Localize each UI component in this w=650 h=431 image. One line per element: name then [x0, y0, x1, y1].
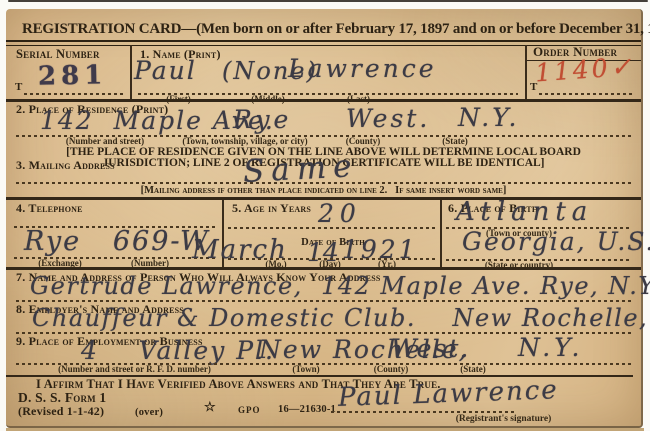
star-icon: ☆ — [204, 400, 216, 414]
number-sub-label: (Number) — [114, 259, 186, 269]
signature-sub-label: (Registrant's signature) — [436, 414, 571, 424]
residence-town-value: Rye — [233, 107, 292, 132]
telephone-label: 4. Telephone — [16, 202, 83, 215]
age-write-line — [228, 227, 436, 229]
mailing-note: [Mailing address if other than place ind… — [6, 185, 641, 197]
mailing-address-label: 3. Mailing Address — [16, 159, 115, 172]
employment-state-sub-label: (State) — [443, 365, 503, 375]
over-note: (over) — [135, 407, 163, 419]
exchange-sub-label: (Exchange) — [24, 259, 96, 269]
age-value: 20 — [318, 201, 362, 226]
employment-state-value: N.Y. — [518, 335, 583, 360]
telephone-value: Rye 669-W — [24, 228, 210, 255]
birth-state-sub-label: (State or country) — [458, 261, 580, 271]
column-divider — [440, 200, 442, 267]
serial-prefix: T — [15, 81, 22, 93]
signature-write-line — [331, 411, 516, 413]
form-revision: (Revised 1-1-42) — [18, 405, 104, 418]
contact-person-value: Gertrude Lawrence, 142 Maple Ave. Rye, N… — [30, 274, 650, 298]
employment-street-value: 4 Valley Pl. — [81, 338, 275, 363]
card-title: REGISTRATION CARD—(Men born on or after … — [22, 21, 650, 38]
scan-edge-top — [8, 0, 648, 2]
employer-value: Chauffeur & Domestic Club. New Rochelle,… — [32, 306, 650, 330]
registration-card-document: REGISTRATION CARD—(Men born on or after … — [6, 9, 643, 428]
last-name-value: Lawrence — [288, 56, 437, 81]
first-name-value: Paul — [134, 58, 197, 83]
employment-county-value: West. — [391, 336, 470, 361]
employment-county-sub-label: (County) — [356, 365, 426, 375]
mailing-write-line — [16, 182, 632, 184]
registrant-signature: Paul Lawrence — [338, 377, 559, 411]
column-divider — [525, 45, 527, 99]
age-label: 5. Age in Years — [232, 202, 311, 215]
birth-town-value: Atlanta — [456, 199, 593, 225]
residence-state-value: N.Y. — [458, 105, 519, 130]
serial-write-line — [24, 93, 124, 95]
order-number-value: 1140✓ — [534, 54, 635, 86]
serial-number-label: Serial Number — [16, 48, 100, 62]
order-write-line — [539, 93, 634, 95]
column-divider — [130, 45, 132, 99]
serial-number-value: 281 — [38, 60, 108, 91]
month-sub-label: (Mo.) — [251, 260, 301, 270]
birth-state-value: Georgia, U.S.A. — [462, 229, 650, 254]
gpo-imprint: GPO — [238, 406, 261, 416]
residence-county-value: West. — [346, 106, 430, 131]
employment-town-sub-label: (Town) — [276, 365, 336, 375]
middle-sub-label: (Middle) — [238, 95, 298, 105]
print-code: 16—21630-1 — [278, 404, 336, 416]
day-sub-label: (Day) — [305, 260, 355, 270]
year-sub-label: (Yr.) — [362, 260, 412, 270]
employment-street-sub-label: (Number and street or R. F. D. number) — [52, 365, 217, 375]
